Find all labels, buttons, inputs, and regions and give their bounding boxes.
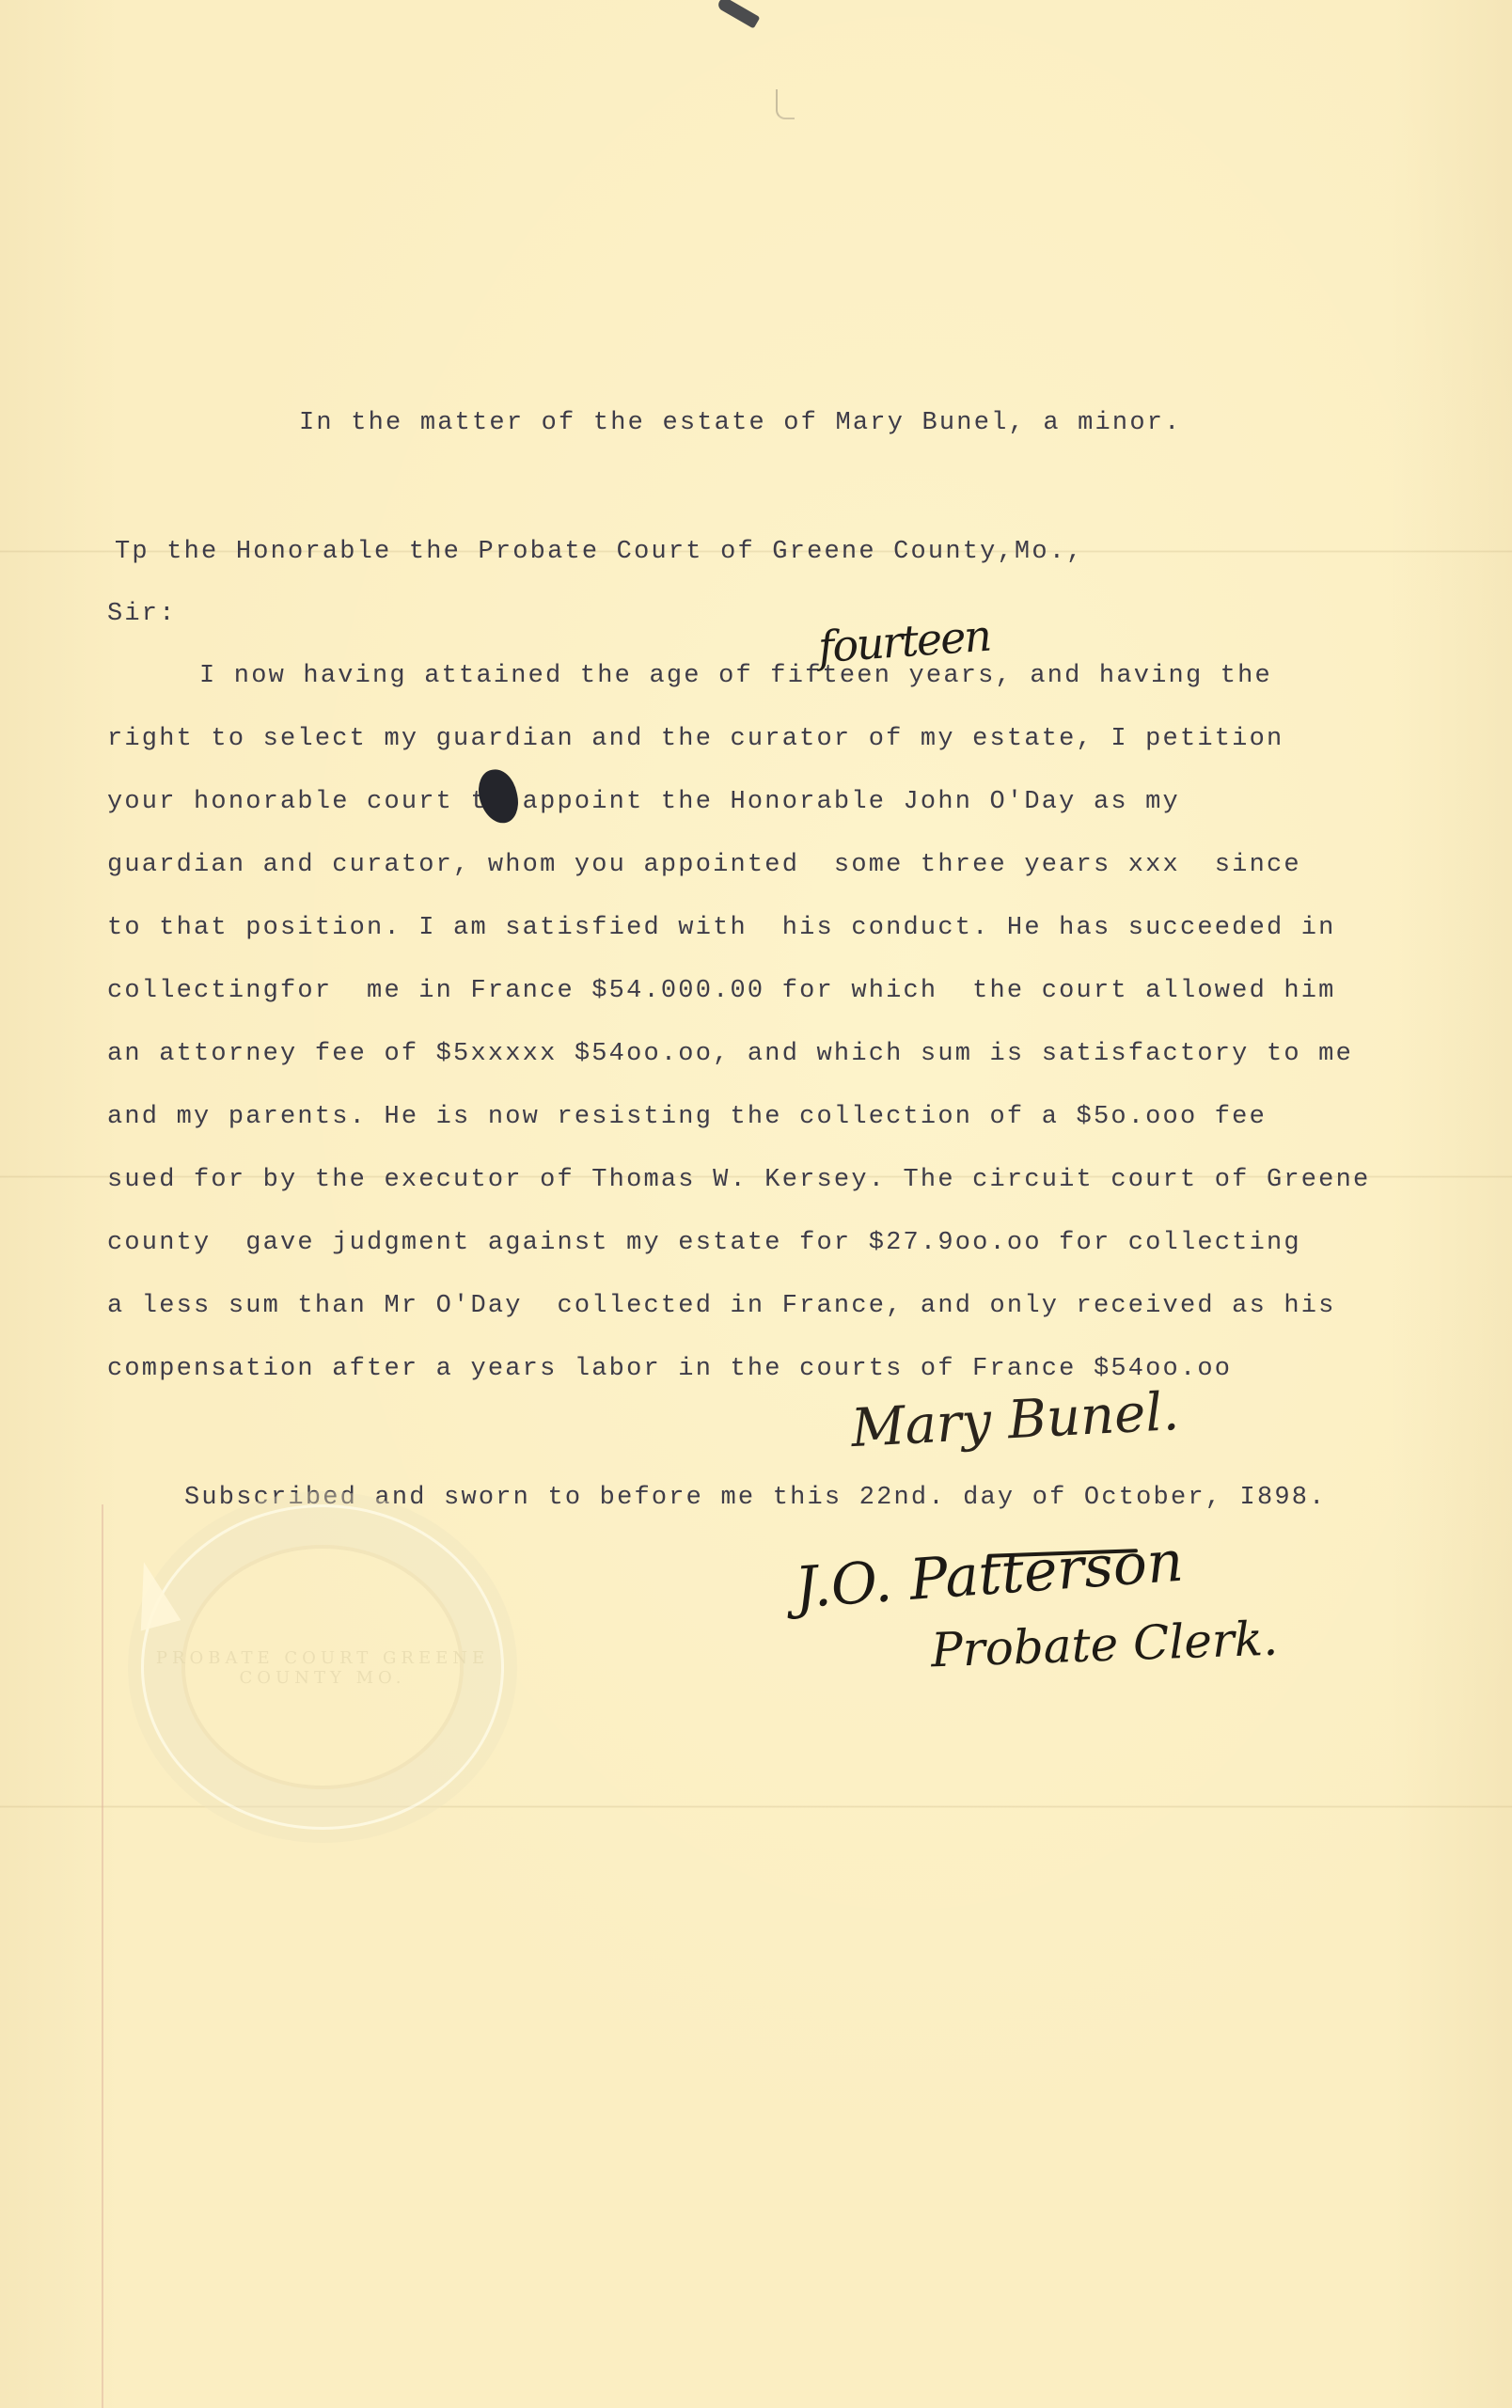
- body-line-5: to that position. I am satisfied with hi…: [107, 916, 1336, 941]
- body-line-12: compensation after a years labor in the …: [107, 1357, 1232, 1382]
- seal-text: PROBATE COURT GREENE COUNTY MO.: [144, 1648, 501, 1688]
- paper-crease-line: [102, 1504, 103, 2408]
- addressee-line: Tp the Honorable the Probate Court of Gr…: [115, 540, 1084, 565]
- body-line-3: your honorable court to appoint the Hono…: [107, 790, 1180, 815]
- body-line-1: I now having attained the age of fifteen…: [199, 664, 1272, 689]
- body-line-8: and my parents. He is now resisting the …: [107, 1105, 1267, 1130]
- body-line-4: guardian and curator, whom you appointed…: [107, 853, 1301, 878]
- paper-tear-mark: [776, 89, 795, 119]
- body-line-10: county gave judgment against my estate f…: [107, 1231, 1301, 1256]
- body-line-2: right to select my guardian and the cura…: [107, 727, 1284, 752]
- body-line-9: sued for by the executor of Thomas W. Ke…: [107, 1168, 1370, 1193]
- document-caption: In the matter of the estate of Mary Bune…: [299, 411, 1182, 436]
- greeting-line: Sir:: [107, 602, 177, 627]
- body-line-6: collectingfor me in France $54.000.00 fo…: [107, 979, 1336, 1004]
- paper-background: [0, 0, 1512, 2408]
- body-line-11: a less sum than Mr O'Day collected in Fr…: [107, 1294, 1336, 1319]
- body-line-7: an attorney fee of $5xxxxx $54oo.oo, and…: [107, 1042, 1353, 1067]
- embossed-court-seal: PROBATE COURT GREENE COUNTY MO.: [141, 1504, 504, 1830]
